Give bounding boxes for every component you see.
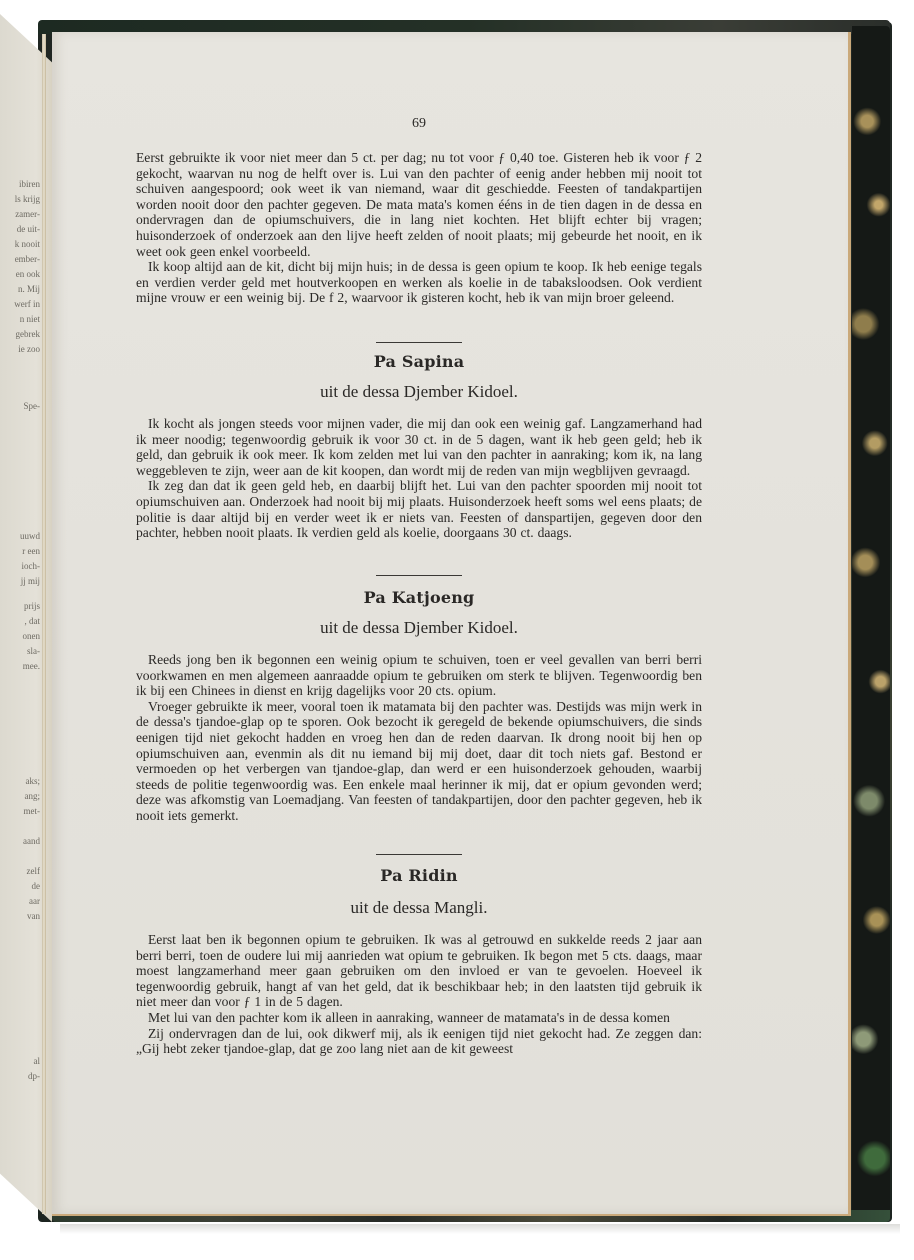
fragment: ioch- <box>22 560 41 573</box>
fragment: jj mij <box>21 575 40 588</box>
section-origin: uit de dessa Mangli. <box>136 900 702 916</box>
paragraph: Ik zeg dan dat ik geen geld heb, en daar… <box>136 478 702 540</box>
fragment: dp- <box>28 1070 40 1083</box>
fragment: prijs <box>24 600 40 613</box>
fragment: aks; <box>26 775 41 788</box>
section-divider <box>376 342 462 343</box>
section-heading: Pa Katjoeng <box>136 590 702 606</box>
paragraph: Eerst laat ben ik begonnen opium te gebr… <box>136 932 702 1010</box>
section-origin: uit de dessa Djember Kidoel. <box>136 384 702 400</box>
paragraph: Reeds jong ben ik begonnen een weinig op… <box>136 652 702 699</box>
fragment: ang; <box>25 790 41 803</box>
fragment: ember- <box>15 253 40 266</box>
fragment: aand <box>23 835 40 848</box>
paragraph: Vroeger gebruikte ik meer, vooral toen i… <box>136 699 702 824</box>
section-divider <box>376 854 462 855</box>
section-heading: Pa Sapina <box>136 354 702 370</box>
paragraph: Met lui van den pachter kom ik alleen in… <box>136 1010 702 1026</box>
section-body: Reeds jong ben ik begonnen een weinig op… <box>136 652 702 824</box>
fragment: aar <box>29 895 40 908</box>
left-page-text-fragments: ibiren ls krijg zamer- de uit- k nooit e… <box>0 0 40 1260</box>
fragment: zelf <box>27 865 41 878</box>
paragraph: Ik koop altijd aan de kit, dicht bij mij… <box>136 259 702 306</box>
page-gutter <box>42 34 46 1214</box>
fragment: werf in <box>14 298 40 311</box>
fragment: ie zoo <box>18 343 40 356</box>
fragment: r een <box>22 545 40 558</box>
page-number: 69 <box>136 116 702 132</box>
fragment: n niet <box>20 313 40 326</box>
fragment: k nooit <box>15 238 40 251</box>
fragment: de <box>32 880 41 893</box>
marbled-cover-edge <box>852 26 890 1218</box>
fragment: Spe- <box>24 400 41 413</box>
section-divider <box>376 575 462 576</box>
paragraph: Zij ondervragen dan de lui, ook dikwerf … <box>136 1026 702 1057</box>
fragment: gebrek <box>16 328 41 341</box>
paragraph: Ik kocht als jongen steeds voor mijnen v… <box>136 416 702 478</box>
opening-text: Eerst gebruikte ik voor niet meer dan 5 … <box>136 150 702 306</box>
book-shadow <box>60 1224 900 1234</box>
fragment: , dat <box>25 615 41 628</box>
section-heading: Pa Ridin <box>136 868 702 884</box>
paragraph: Eerst gebruikte ik voor niet meer dan 5 … <box>136 150 702 259</box>
fragment: de uit- <box>17 223 40 236</box>
fragment: al <box>34 1055 41 1068</box>
fragment: ls krijg <box>15 193 40 206</box>
fragment: zamer- <box>15 208 40 221</box>
section-origin: uit de dessa Djember Kidoel. <box>136 620 702 636</box>
fragment: van <box>27 910 40 923</box>
fragment: n. Mij <box>18 283 40 296</box>
section-body: Eerst laat ben ik begonnen opium te gebr… <box>136 932 702 1057</box>
fragment: ibiren <box>19 178 40 191</box>
book-page: 69 Eerst gebruikte ik voor niet meer dan… <box>52 32 851 1216</box>
fragment: sla- <box>27 645 40 658</box>
section-body: Ik kocht als jongen steeds voor mijnen v… <box>136 416 702 541</box>
fragment: en ook <box>16 268 40 281</box>
fragment: met- <box>24 805 41 818</box>
fragment: mee. <box>23 660 40 673</box>
fragment: onen <box>23 630 41 643</box>
fragment: uuwd <box>20 530 40 543</box>
